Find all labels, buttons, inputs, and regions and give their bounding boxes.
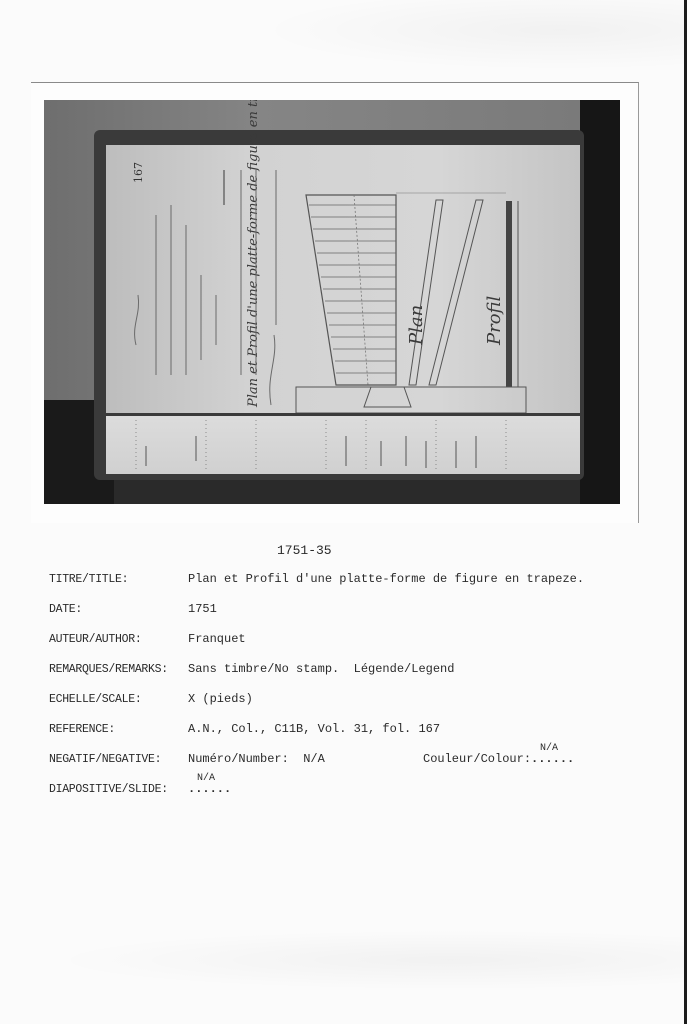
slide-value: N/A...... [188, 782, 231, 796]
field-label: REFERENCE: [49, 723, 188, 736]
colour-na: N/A [540, 743, 558, 754]
field-label: NEGATIF/NEGATIVE: [49, 753, 188, 766]
field-title: TITRE/TITLE:Plan et Profil d'une platte-… [49, 572, 584, 586]
ledger-lines [106, 416, 580, 474]
field-label: DIAPOSITIVE/SLIDE: [49, 783, 188, 796]
field-label: DATE: [49, 603, 188, 616]
manuscript-page: Plan Profil Plan et Profil d'une platte-… [106, 145, 580, 413]
field-slide: DIAPOSITIVE/SLIDE:N/A...... [49, 782, 231, 796]
field-date: DATE:1751 [49, 602, 217, 616]
field-value: A.N., Col., C11B, Vol. 31, fol. 167 [188, 722, 440, 736]
slide-dots: ...... [188, 782, 231, 796]
profil-label: Profil [484, 296, 505, 345]
handwritten-text [116, 145, 296, 413]
field-label: REMARQUES/REMARKS: [49, 663, 188, 676]
manuscript-photograph: Plan Profil Plan et Profil d'une platte-… [44, 100, 620, 504]
field-scale: ECHELLE/SCALE:X (pieds) [49, 692, 253, 706]
field-remarks: REMARQUES/REMARKS:Sans timbre/No stamp. … [49, 662, 454, 676]
field-author: AUTEUR/AUTHOR:Franquet [49, 632, 246, 646]
field-label: ECHELLE/SCALE: [49, 693, 188, 706]
field-label: AUTEUR/AUTHOR: [49, 633, 188, 646]
colour-label: Couleur/Colour: [423, 752, 531, 766]
colour-dots: ...... [531, 752, 574, 766]
colour-value: N/A...... [531, 752, 574, 766]
field-value: 1751 [188, 602, 217, 616]
slide-na: N/A [197, 773, 215, 784]
field-label: TITRE/TITLE: [49, 573, 188, 586]
field-value: Sans timbre/No stamp. Légende/Legend [188, 662, 454, 676]
facing-page [106, 416, 580, 474]
field-value: Franquet [188, 632, 246, 646]
field-value: X (pieds) [188, 692, 253, 706]
field-value: Numéro/Number: N/A [188, 752, 325, 766]
field-value: Plan et Profil d'une platte-forme de fig… [188, 572, 584, 586]
field-negative: NEGATIF/NEGATIVE:Numéro/Number: N/A [49, 752, 325, 766]
catalog-number: 1751-35 [277, 543, 332, 558]
plan-label: Plan [406, 305, 427, 345]
field-colour: Couleur/Colour:N/A...... [423, 752, 574, 766]
field-reference: REFERENCE:A.N., Col., C11B, Vol. 31, fol… [49, 722, 440, 736]
photo-shadow-right [580, 100, 620, 504]
